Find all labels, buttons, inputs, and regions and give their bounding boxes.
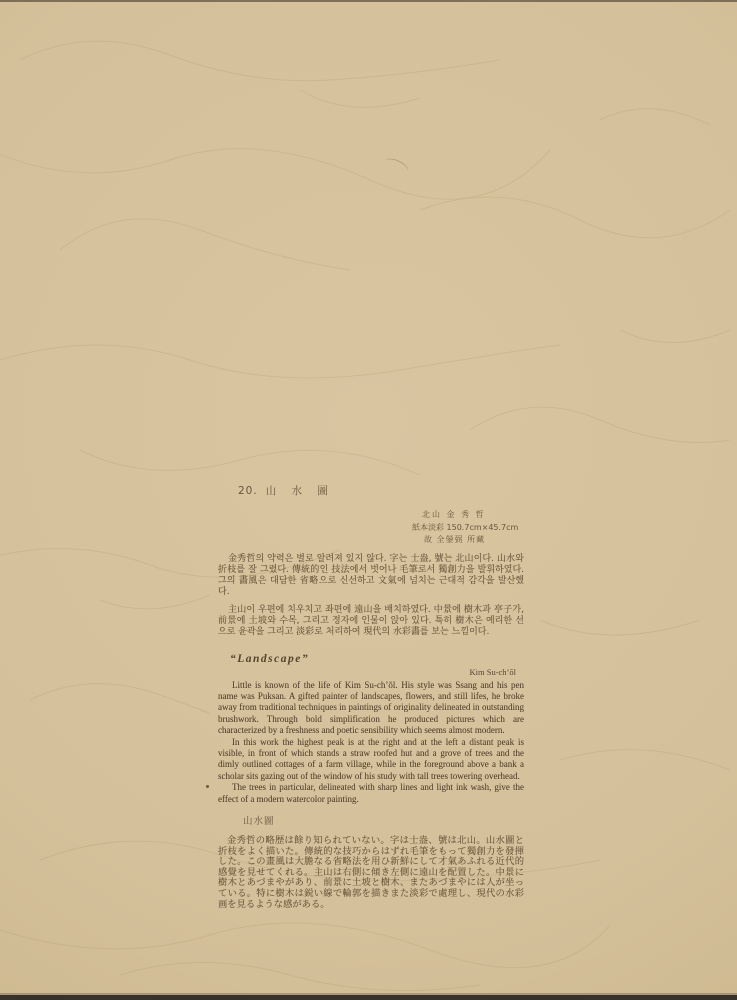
artwork-title: 山 水 圖 [266, 485, 334, 497]
japanese-title: 山水圖 [243, 813, 524, 827]
catalog-entry: 20.山 水 圖 北山 金 秀 哲 紙本淡彩 150.7cm×45.7cm 故 … [218, 483, 524, 910]
english-title: “Landscape” [230, 652, 524, 666]
entry-number: 20. [238, 485, 258, 497]
english-paragraph-1: Little is known of the life of Kim Su-ch… [218, 680, 524, 737]
medium-dimensions: 紙本淡彩 150.7cm×45.7cm [412, 522, 524, 535]
entry-title-line: 20.山 水 圖 [238, 483, 524, 498]
artist-name-cjk: 北山 金 秀 哲 [422, 509, 524, 522]
page-top-edge [0, 0, 737, 2]
artwork-info: 北山 金 秀 哲 紙本淡彩 150.7cm×45.7cm 故 全鎣弼 所藏 [412, 509, 524, 547]
korean-paragraph-1: 金秀哲의 약력은 별로 알려져 있지 않다. 字는 士盎, 號는 北山이다. 山… [218, 554, 524, 599]
japanese-paragraph: 金秀哲の略歴は餘り知られていない。字は士盎、號は北山。山水圖と折枝をよく描いた。… [218, 836, 524, 910]
ink-speck [206, 785, 209, 788]
english-paragraph-2: In this work the highest peak is at the … [218, 737, 524, 783]
page-bottom-edge [0, 995, 737, 1000]
english-artist-name: Kim Su-ch’ŏl [218, 667, 524, 677]
paper-scratch-mark [381, 155, 410, 178]
english-paragraph-3: The trees in particular, delineated with… [218, 782, 524, 805]
collection-credit: 故 全鎣弼 所藏 [424, 534, 524, 547]
korean-paragraph-2: 主山이 우편에 치우치고 좌편에 遠山을 배치하였다. 中景에 樹木과 亭子가,… [218, 605, 524, 639]
scanned-catalog-page: 20.山 水 圖 北山 金 秀 哲 紙本淡彩 150.7cm×45.7cm 故 … [0, 0, 737, 1000]
